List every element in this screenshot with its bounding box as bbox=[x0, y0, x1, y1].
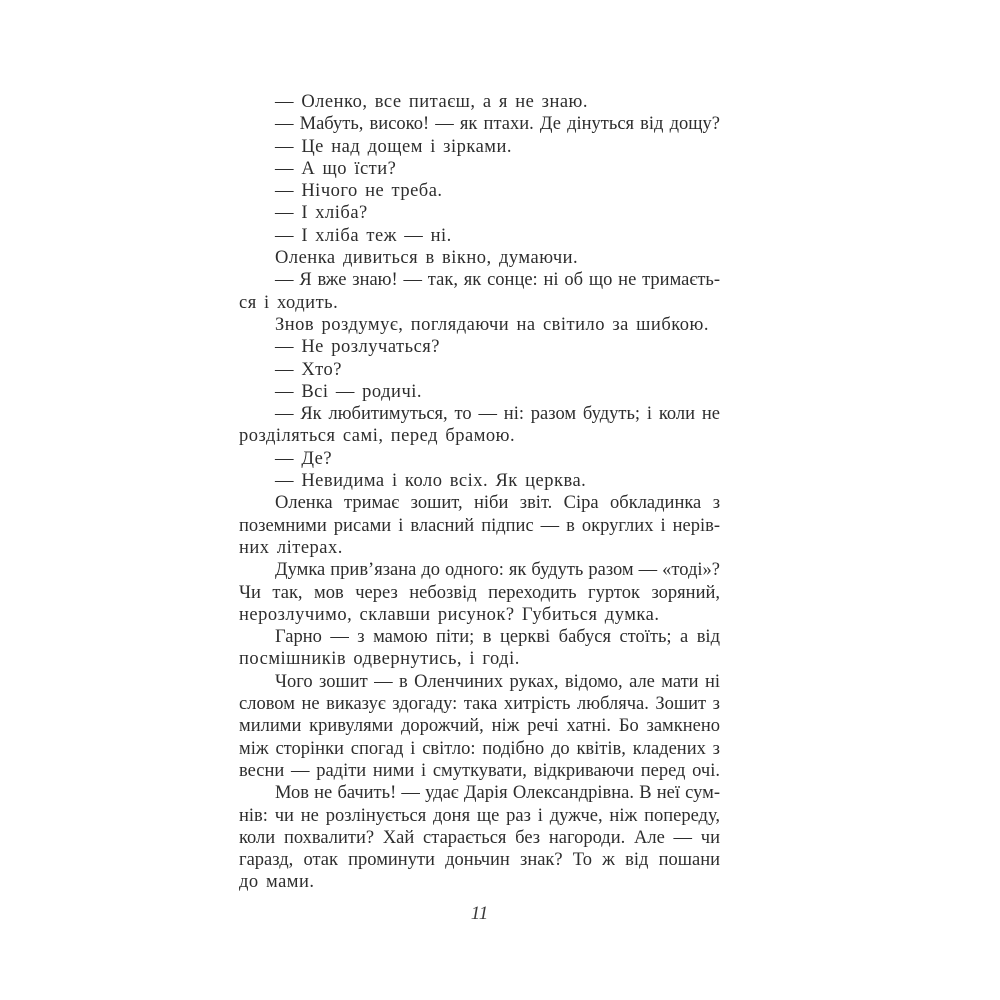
text-line: — Нічого не треба. bbox=[239, 180, 720, 202]
text-line: посмішників одвернутись, і годі. bbox=[239, 648, 720, 670]
text-line: словом не виказує здогаду: така хитрість… bbox=[239, 693, 720, 715]
text-line: — Всі — родичі. bbox=[239, 381, 720, 403]
text-line: нерозлучимо, склавши рисунок? Губиться д… bbox=[239, 604, 720, 626]
text-line: — Невидима і коло всіх. Як церква. bbox=[239, 470, 720, 492]
text-line: Оленка дивиться в вікно, думаючи. bbox=[239, 247, 720, 269]
page-number: 11 bbox=[239, 903, 720, 925]
text-line: милими кривулями дорожчий, ніж речі хатн… bbox=[239, 715, 720, 737]
text-line: — Я вже знаю! — так, як сонце: ні об що … bbox=[239, 269, 720, 291]
text-line: — І хліба теж — ні. bbox=[239, 225, 720, 247]
text-line: Мов не бачить! — удає Дарія Олександрівн… bbox=[239, 782, 720, 804]
text-line: між сторінки спогад і світло: подібно до… bbox=[239, 738, 720, 760]
text-line: поземними рисами і власний підпис — в ок… bbox=[239, 515, 720, 537]
text-line: Оленка тримає зошит, ніби звіт. Сіра обк… bbox=[239, 492, 720, 514]
text-line: — І хліба? bbox=[239, 202, 720, 224]
text-line: — А що їсти? bbox=[239, 158, 720, 180]
text-line: нів: чи не розлінується доня ще раз і ду… bbox=[239, 805, 720, 827]
text-line: весни — радіти ними і смуткувати, відкри… bbox=[239, 760, 720, 782]
text-line: Думка прив’язана до одного: як будуть ра… bbox=[239, 559, 720, 581]
text-line: ся і ходить. bbox=[239, 292, 720, 314]
text-line: них літерах. bbox=[239, 537, 720, 559]
text-line: до мами. bbox=[239, 871, 720, 893]
text-line: Гарно — з мамою піти; в церкві бабуся ст… bbox=[239, 626, 720, 648]
book-page: — Оленко, все питаєш, а я не знаю.— Мабу… bbox=[0, 0, 1000, 1000]
text-line: Знов роздумує, поглядаючи на світило за … bbox=[239, 314, 720, 336]
text-line: — Це над дощем і зірками. bbox=[239, 136, 720, 158]
text-line: — Де? bbox=[239, 448, 720, 470]
text-line: — Оленко, все питаєш, а я не знаю. bbox=[239, 91, 720, 113]
text-line: гаразд, отак проминути доньчин знак? То … bbox=[239, 849, 720, 871]
text-line: розділяться самі, перед брамою. bbox=[239, 425, 720, 447]
text-line: — Хто? bbox=[239, 359, 720, 381]
text-line: — Не розлучаться? bbox=[239, 336, 720, 358]
text-line: Чого зошит — в Оленчиних руках, відомо, … bbox=[239, 671, 720, 693]
body-text: — Оленко, все питаєш, а я не знаю.— Мабу… bbox=[239, 91, 720, 894]
text-line: — Мабуть, високо! — як птахи. Де дінутьс… bbox=[239, 113, 720, 135]
text-line: Чи так, мов через небозвід переходить гу… bbox=[239, 582, 720, 604]
text-line: коли похвалити? Хай старається без нагор… bbox=[239, 827, 720, 849]
text-line: — Як любитимуться, то — ні: разом будуть… bbox=[239, 403, 720, 425]
